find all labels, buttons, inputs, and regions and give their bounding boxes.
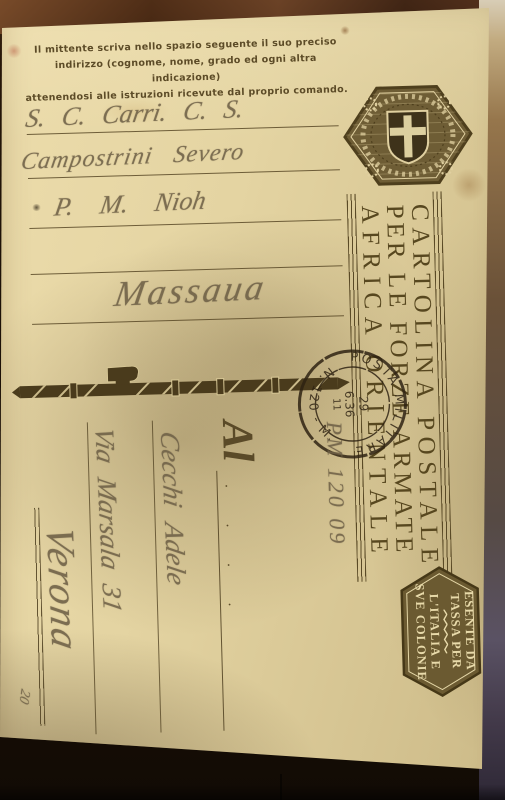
pencil-note-pm: PM 120 09	[322, 421, 350, 546]
sender-handwriting-post: P. M. Nioh	[52, 186, 208, 223]
address-handwriting-street: Via Marsala 31	[88, 425, 127, 614]
postcard: Il mittente scriva nello spazio seguente…	[0, 0, 505, 800]
sender-handwriting-city: Massaua	[111, 266, 269, 315]
postmark-date-month-year: 6.36	[342, 391, 357, 418]
photo-background: Il mittente scriva nello spazio seguente…	[0, 0, 505, 800]
photo-vignette	[0, 784, 505, 800]
postcard-content: Il mittente scriva nello spazio seguente…	[0, 0, 505, 800]
pencil-note-block: PM 120 09	[301, 421, 351, 572]
postmark-date-extra: 11	[330, 398, 341, 411]
sender-handwriting-name: Campostrini Severo	[19, 139, 247, 176]
tax-exemption-badge: ESENTE DA TASSA PER L'ITALIA E SVE COLON…	[397, 564, 485, 698]
address-handwriting-name: Cecchi Adele	[154, 429, 192, 587]
address-section: Al . . . . Cecchi Adele Via Marsala 31 V…	[31, 417, 278, 736]
address-to-label: Al	[215, 418, 260, 463]
sender-writing-line	[32, 315, 344, 325]
pencil-note-corner: 20	[15, 687, 32, 706]
address-handwriting-city: Verona	[37, 523, 90, 655]
savoy-coat-of-arms-emblem-icon	[339, 80, 476, 192]
postmark-date-day: 29	[356, 396, 370, 412]
